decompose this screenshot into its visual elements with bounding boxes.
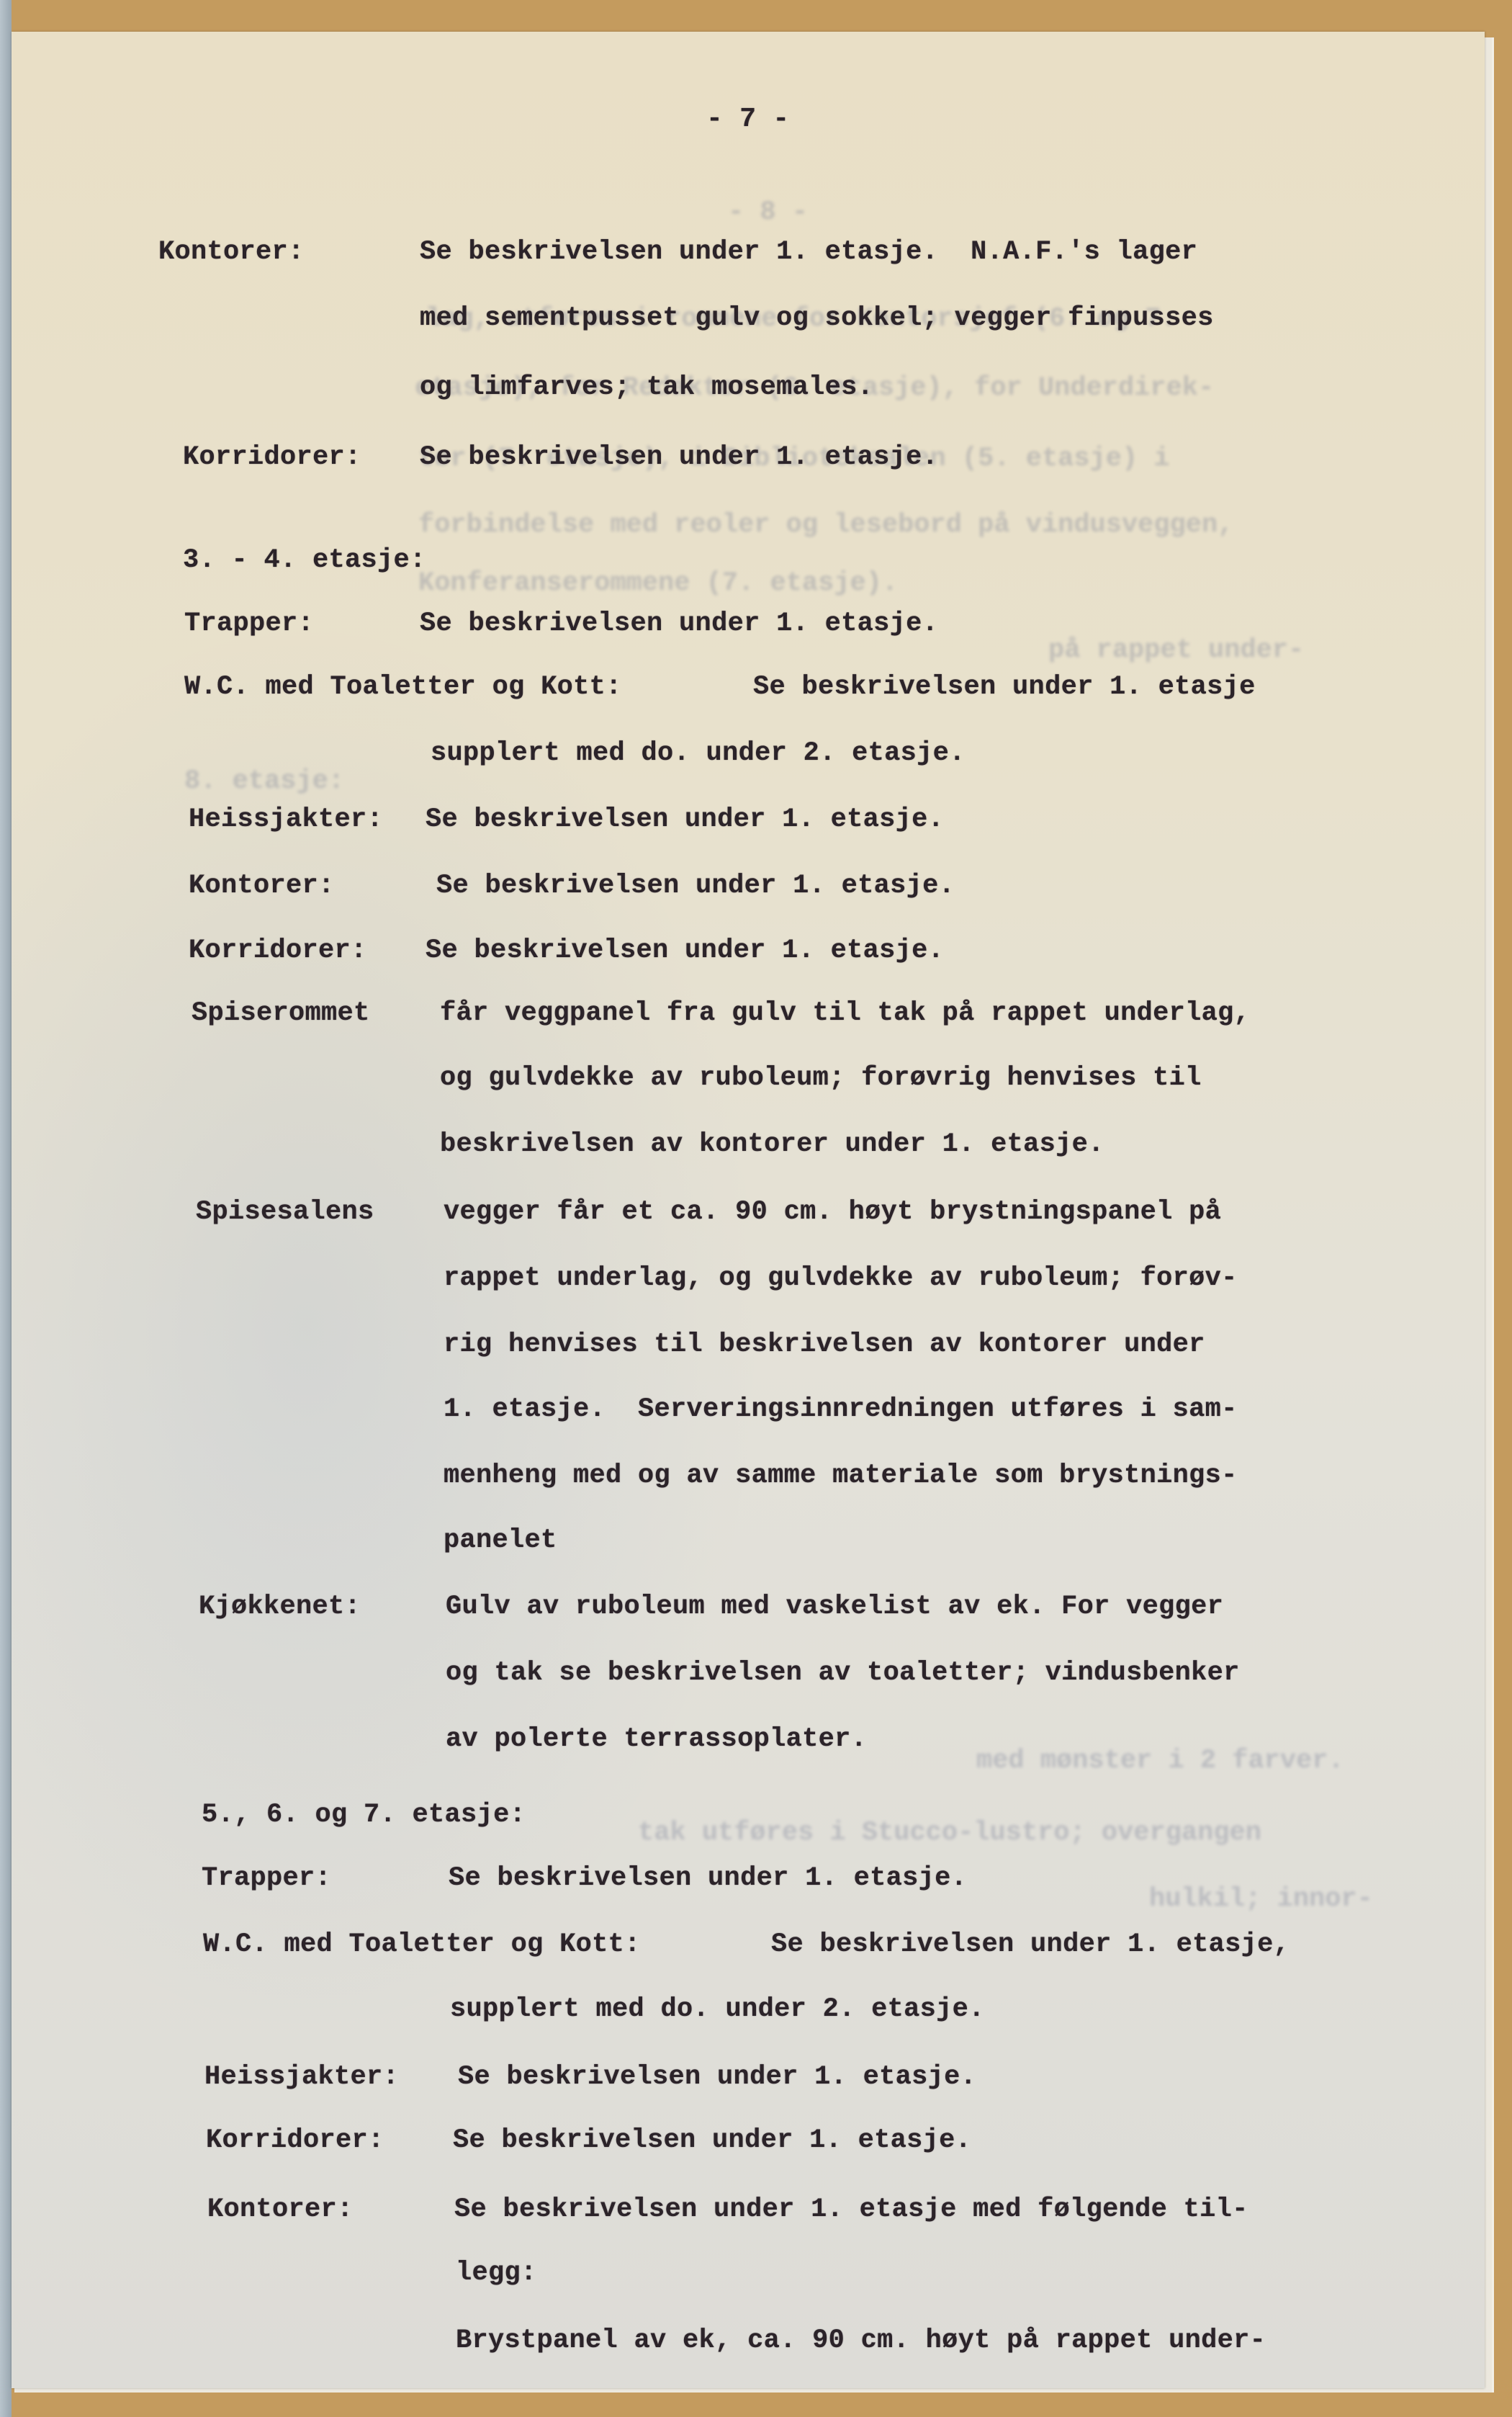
ghost-line: 8. etasje: [184, 766, 344, 797]
body-line: supplert med do. under 2. etasje. [431, 738, 966, 768]
body-line: og gulvdekke av ruboleum; forøvrig henvi… [440, 1063, 1202, 1093]
page-number: - 7 - [706, 104, 790, 135]
body-line: Se beskrivelsen under 1. etasje med følg… [454, 2194, 1248, 2225]
body-line: legg: [456, 2258, 537, 2288]
body-line: Se beskrivelsen under 1. etasje. [420, 442, 938, 472]
floor-heading-3-4: 3. - 4. etasje: [183, 545, 426, 575]
section-label-korridorer: Korridorer: [183, 442, 361, 472]
ghost-line: forbindelse med reoler og lesebord på vi… [418, 510, 1233, 540]
body-line: rig henvises til beskrivelsen av kontore… [444, 1329, 1205, 1360]
ghost-line: med mønster i 2 farver. [976, 1746, 1344, 1776]
section-label-heissjakter: Heissjakter: [204, 2062, 399, 2092]
body-line: av polerte terrassoplater. [446, 1724, 867, 1754]
ghost-page-number: - 8 - [728, 197, 808, 228]
body-line: vegger får et ca. 90 cm. høyt brystnings… [444, 1197, 1221, 1227]
section-label-trapper: Trapper: [184, 609, 314, 639]
body-line: Se beskrivelsen under 1. etasje [753, 672, 1256, 702]
section-label-kontorer: Kontorer: [189, 871, 335, 901]
ghost-line: tak utføres i Stucco-lustro; overgangen [638, 1818, 1261, 1848]
body-line: 1. etasje. Serveringsinnredningen utføre… [444, 1394, 1238, 1425]
ghost-line: på rappet under- [1048, 635, 1304, 665]
body-line: supplert med do. under 2. etasje. [450, 1994, 985, 2024]
section-label-kontorer: Kontorer: [158, 237, 305, 267]
body-line: panelet [444, 1525, 557, 1556]
body-line: Gulv av ruboleum med vaskelist av ek. Fo… [446, 1592, 1223, 1622]
ghost-line: hulkil; innor- [1149, 1884, 1373, 1914]
body-line: med sementpusset gulv og sokkel; vegger … [420, 303, 1214, 333]
body-line: beskrivelsen av kontorer under 1. etasje… [440, 1129, 1104, 1160]
section-label-kontorer: Kontorer: [207, 2194, 354, 2225]
section-label-korridorer: Korridorer: [206, 2125, 384, 2156]
body-line: Se beskrivelsen under 1. etasje. [449, 1863, 967, 1893]
body-line: og tak se beskrivelsen av toaletter; vin… [446, 1658, 1240, 1688]
section-label-kjokkenet: Kjøkkenet: [199, 1592, 361, 1622]
body-line: Se beskrivelsen under 1. etasje. [420, 609, 938, 639]
section-label-wc: W.C. med Toaletter og Kott: [184, 672, 622, 702]
section-label-spiserommet: Spiserommet [192, 998, 370, 1028]
body-line: menheng med og av samme materiale som br… [444, 1461, 1238, 1491]
section-label-spisesalens: Spisesalens [196, 1197, 374, 1227]
document-page: - 8 - lag, utføres i rommene for Kontors… [12, 32, 1485, 2388]
background-edge [0, 0, 12, 2417]
section-label-trapper: Trapper: [202, 1863, 331, 1893]
body-line: Brystpanel av ek, ca. 90 cm. høyt på rap… [456, 2326, 1266, 2356]
floor-heading-5-6-7: 5., 6. og 7. etasje: [202, 1800, 526, 1830]
body-line: og limfarves; tak mosemales. [420, 372, 873, 403]
body-line: får veggpanel fra gulv til tak på rappet… [440, 998, 1250, 1028]
body-line: Se beskrivelsen under 1. etasje. N.A.F.'… [420, 237, 1197, 267]
body-line: Se beskrivelsen under 1. etasje. [436, 871, 955, 901]
body-line: Se beskrivelsen under 1. etasje. [458, 2062, 976, 2092]
body-line: rappet underlag, og gulvdekke av ruboleu… [444, 1263, 1238, 1293]
body-line: Se beskrivelsen under 1. etasje. [426, 936, 944, 966]
section-label-wc: W.C. med Toaletter og Kott: [203, 1929, 641, 1960]
body-line: Se beskrivelsen under 1. etasje. [426, 804, 944, 835]
section-label-korridorer: Korridorer: [189, 936, 367, 966]
body-line: Se beskrivelsen under 1. etasje. [453, 2125, 971, 2156]
body-line: Se beskrivelsen under 1. etasje, [771, 1929, 1290, 1960]
section-label-heissjakter: Heissjakter: [189, 804, 383, 835]
ghost-line: Konferanserommene (7. etasje). [418, 568, 898, 598]
